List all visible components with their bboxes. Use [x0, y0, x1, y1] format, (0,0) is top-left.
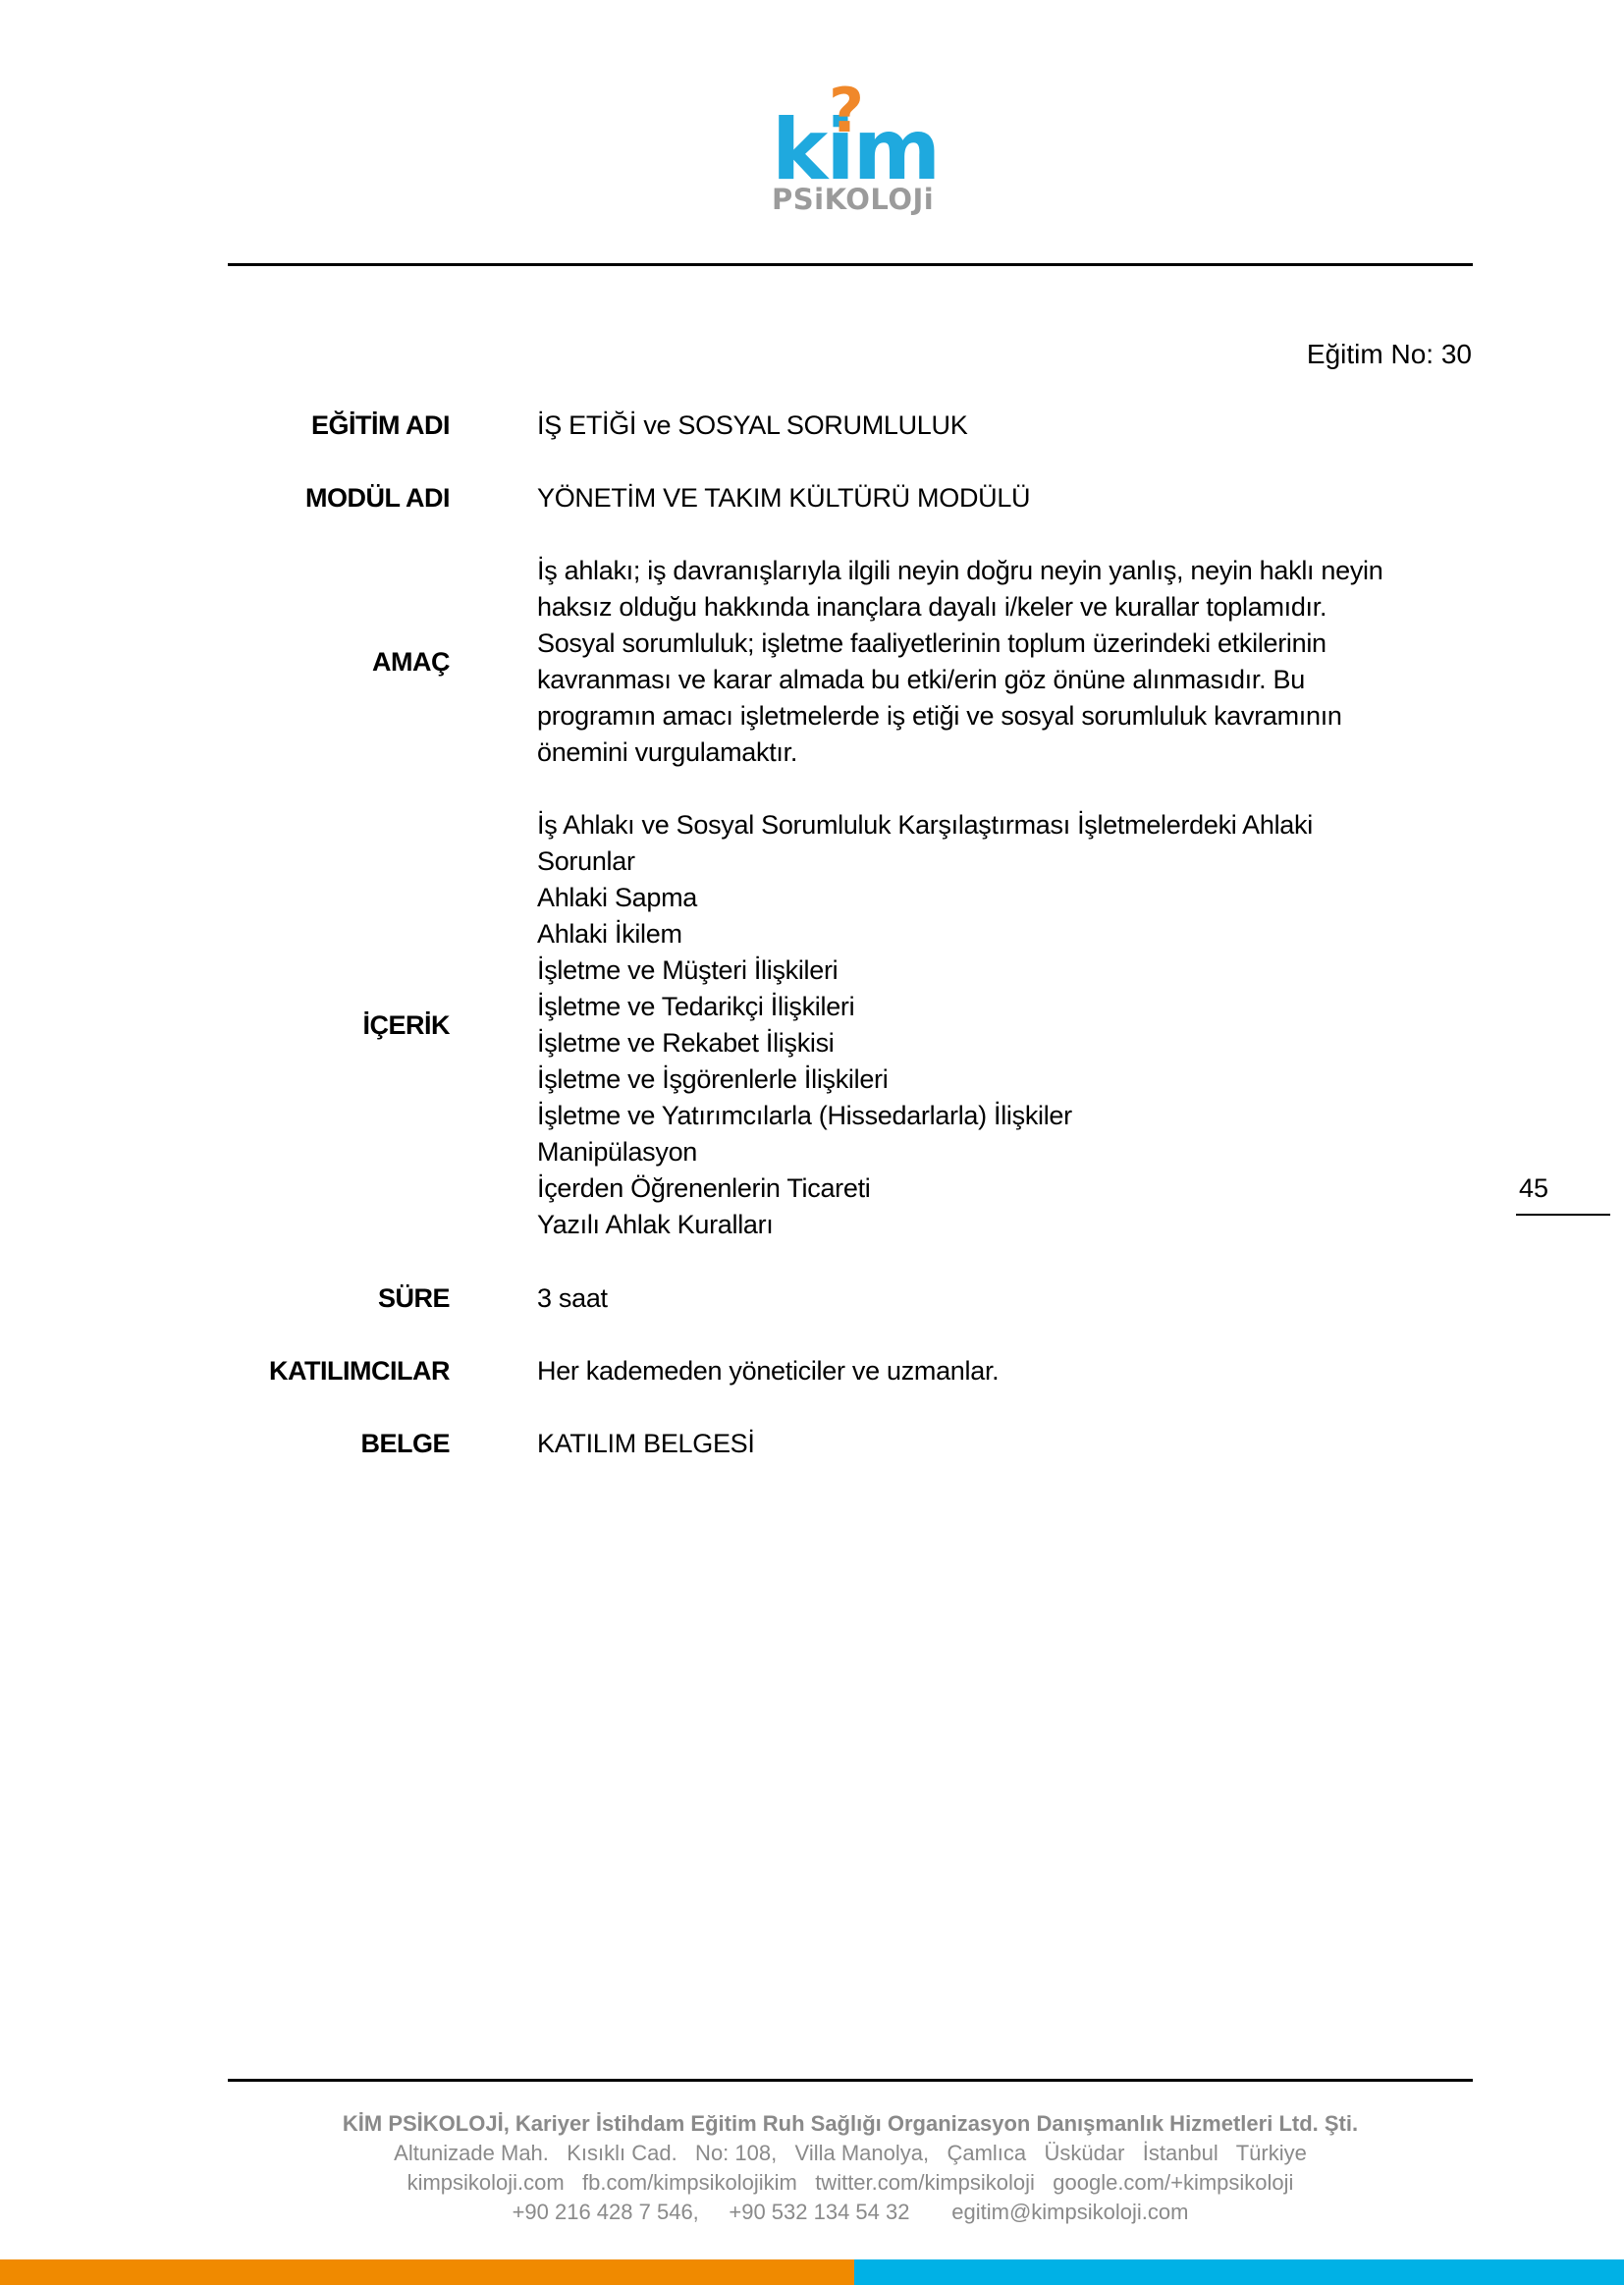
field-value-line: İş Ahlakı ve Sosyal Sorumluluk Karşılaşt… — [537, 807, 1460, 843]
field-value-line: Yazılı Ahlak Kuralları — [537, 1207, 1460, 1243]
field-value-line: 3 saat — [537, 1280, 1460, 1317]
footer-links: kimpsikoloji.com fb.com/kimpsikolojikim … — [228, 2168, 1473, 2198]
field-value-line: Manipülasyon — [537, 1134, 1460, 1170]
field-label: BELGE — [360, 1426, 450, 1462]
field-value: 3 saat — [537, 1280, 1460, 1317]
field-value-line: İşletme ve Tedarikçi İlişkileri — [537, 989, 1460, 1025]
footer-band-orange — [0, 2259, 854, 2285]
footer-contact: +90 216 428 7 546, +90 532 134 54 32 egi… — [228, 2198, 1473, 2227]
field-value: KATILIM BELGESİ — [537, 1426, 1460, 1462]
field-value-line: Her kademeden yöneticiler ve uzmanlar. — [537, 1353, 1460, 1389]
field-value-line: İşletme ve Müşteri İlişkileri — [537, 952, 1460, 989]
field-value-line: YÖNETİM VE TAKIM KÜLTÜRÜ MODÜLÜ — [537, 480, 1460, 517]
field-label: AMAÇ — [372, 644, 450, 680]
field-value-line: Sorunlar — [537, 843, 1460, 880]
field-value-line: kavranması ve karar almada bu etki/erin … — [537, 662, 1460, 698]
field-label: İÇERİK — [362, 1007, 450, 1044]
field-value: YÖNETİM VE TAKIM KÜLTÜRÜ MODÜLÜ — [537, 480, 1460, 517]
field-value-line: İş ahlakı; iş davranışlarıyla ilgili ney… — [537, 553, 1460, 589]
field-value: İş ahlakı; iş davranışlarıyla ilgili ney… — [537, 553, 1460, 771]
field-value-line: İçerden Öğrenenlerin Ticareti — [537, 1170, 1460, 1207]
field-value-line: İşletme ve Rekabet İlişkisi — [537, 1025, 1460, 1061]
field-label: EĞİTİM ADI — [311, 408, 450, 444]
field-value-line: İşletme ve İşgörenlerle İlişkileri — [537, 1061, 1460, 1098]
question-mark-icon: ? — [829, 81, 864, 141]
field-value-line: Sosyal sorumluluk; işletme faaliyetlerin… — [537, 626, 1460, 662]
field-value: İŞ ETİĞİ ve SOSYAL SORUMLULUK — [537, 408, 1460, 444]
page-number-underline — [1516, 1214, 1610, 1216]
logo-subtitle: PSiKOLOJi — [772, 185, 934, 214]
field-value-line: önemini vurgulamaktır. — [537, 734, 1460, 771]
field-value-line: programın amacı işletmelerde iş etiği ve… — [537, 698, 1460, 734]
field-value: Her kademeden yöneticiler ve uzmanlar. — [537, 1353, 1460, 1389]
footer: KİM PSİKOLOJİ, Kariyer İstihdam Eğitim R… — [228, 2109, 1473, 2227]
footer-divider — [228, 2079, 1473, 2082]
field-label: SÜRE — [378, 1280, 450, 1317]
field-label: MODÜL ADI — [305, 480, 450, 517]
footer-band-blue — [854, 2259, 1624, 2285]
field-value-line: İŞ ETİĞİ ve SOSYAL SORUMLULUK — [537, 408, 1460, 444]
field-value-line: Ahlaki İkilem — [537, 916, 1460, 952]
footer-company: KİM PSİKOLOJİ, Kariyer İstihdam Eğitim R… — [228, 2109, 1473, 2139]
course-number: Eğitim No: 30 — [1307, 339, 1472, 370]
field-value-line: İşletme ve Yatırımcılarla (Hissedarlarla… — [537, 1098, 1460, 1134]
company-logo: kim ? PSiKOLOJi — [766, 86, 943, 224]
field-label: KATILIMCILAR — [269, 1353, 450, 1389]
field-value: İş Ahlakı ve Sosyal Sorumluluk Karşılaşt… — [537, 807, 1460, 1243]
footer-address: Altunizade Mah. Kısıklı Cad. No: 108, Vi… — [228, 2139, 1473, 2168]
field-value-line: haksız olduğu hakkında inançlara dayalı … — [537, 589, 1460, 626]
field-value-line: Ahlaki Sapma — [537, 880, 1460, 916]
header-divider — [228, 263, 1473, 266]
page-number: 45 — [1519, 1173, 1548, 1204]
field-value-line: KATILIM BELGESİ — [537, 1426, 1460, 1462]
